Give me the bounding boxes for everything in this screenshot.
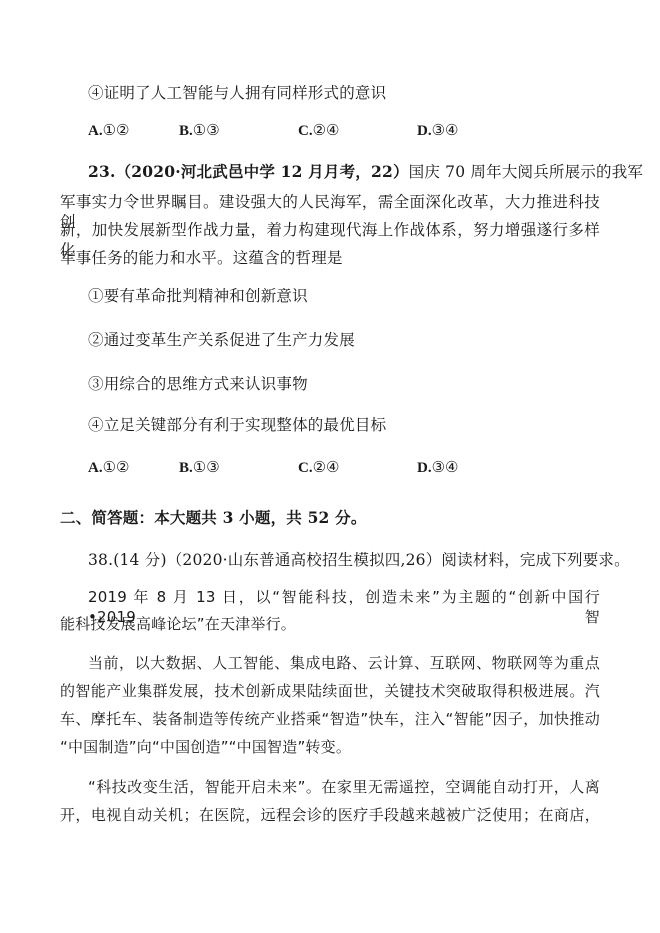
option-letter: B. bbox=[179, 460, 193, 476]
q38-para3-line-1: “科技改变生活，智能开启未来”。在家里无需遥控，空调能自动打开，人离 bbox=[88, 777, 600, 797]
q38-para2-line-3: 车、摩托车、装备制造等传统产业搭乘“智造”快车，注入“智能”因子，加快推动 bbox=[60, 709, 600, 729]
q23-item-3: ③用综合的思维方式来认识事物 bbox=[88, 374, 628, 394]
q23-item-1: ①要有革命批判精神和创新意识 bbox=[88, 286, 628, 306]
q38-para2-line-4: “中国制造”向“中国创造”“中国智造”转变。 bbox=[60, 737, 600, 757]
q22-option-d: D.③④ bbox=[417, 121, 459, 141]
q38-para1-line-2: 能科技发展高峰论坛”在天津举行。 bbox=[60, 614, 600, 634]
section-2-heading: 二、简答题：本大题共 3 小题，共 52 分。 bbox=[60, 508, 600, 528]
q23-source: （2020·河北武邑中学 12 月月考，22） bbox=[116, 162, 409, 181]
q38-header: 38.(14 分)（2020·山东普通高校招生模拟四,26）阅读材料，完成下列要… bbox=[88, 550, 600, 570]
q22-option-b: B.①③ bbox=[179, 121, 220, 141]
option-value: ①③ bbox=[193, 123, 220, 139]
option-value: ③④ bbox=[432, 460, 459, 476]
q23-option-a: A.①② bbox=[88, 458, 130, 478]
option-letter: D. bbox=[417, 123, 432, 139]
q22-item-4: ④证明了人工智能与人拥有同样形式的意识 bbox=[88, 83, 628, 103]
q23-option-b: B.①③ bbox=[179, 458, 220, 478]
q22-option-c: C.②④ bbox=[298, 121, 340, 141]
q22-option-a: A.①② bbox=[88, 121, 130, 141]
q23-stem-line-4: 军事任务的能力和水平。这蕴含的哲理是 bbox=[60, 248, 600, 268]
option-letter: C. bbox=[298, 123, 313, 139]
option-letter: A. bbox=[88, 460, 103, 476]
q23-stem-line-1: 23.（2020·河北武邑中学 12 月月考，22）国庆 70 周年大阅兵所展示… bbox=[88, 162, 600, 182]
option-value: ②④ bbox=[313, 460, 340, 476]
q38-para2-line-1: 当前，以大数据、人工智能、集成电路、云计算、互联网、物联网等为重点 bbox=[88, 653, 600, 673]
q23-option-d: D.③④ bbox=[417, 458, 459, 478]
option-value: ①③ bbox=[193, 460, 220, 476]
q23-option-c: C.②④ bbox=[298, 458, 340, 478]
q23-number: 23. bbox=[88, 162, 116, 181]
option-letter: C. bbox=[298, 460, 313, 476]
q23-item-4: ④立足关键部分有利于实现整体的最优目标 bbox=[88, 415, 628, 435]
q23-item-2: ②通过变革生产关系促进了生产力发展 bbox=[88, 330, 628, 350]
option-value: ①② bbox=[103, 460, 130, 476]
q38-para3-line-2: 开，电视自动关机；在医院，远程会诊的医疗手段越来越被广泛使用；在商店， bbox=[60, 805, 600, 825]
option-letter: A. bbox=[88, 123, 103, 139]
q38-para2-line-2: 的智能产业集群发展，技术创新成果陆续面世，关键技术突破取得积极进展。汽 bbox=[60, 681, 600, 701]
q23-stem-text: 国庆 70 周年大阅兵所展示的我军 bbox=[409, 163, 643, 181]
option-value: ①② bbox=[103, 123, 130, 139]
option-value: ②④ bbox=[313, 123, 340, 139]
option-letter: B. bbox=[179, 123, 193, 139]
option-value: ③④ bbox=[432, 123, 459, 139]
option-letter: D. bbox=[417, 460, 432, 476]
